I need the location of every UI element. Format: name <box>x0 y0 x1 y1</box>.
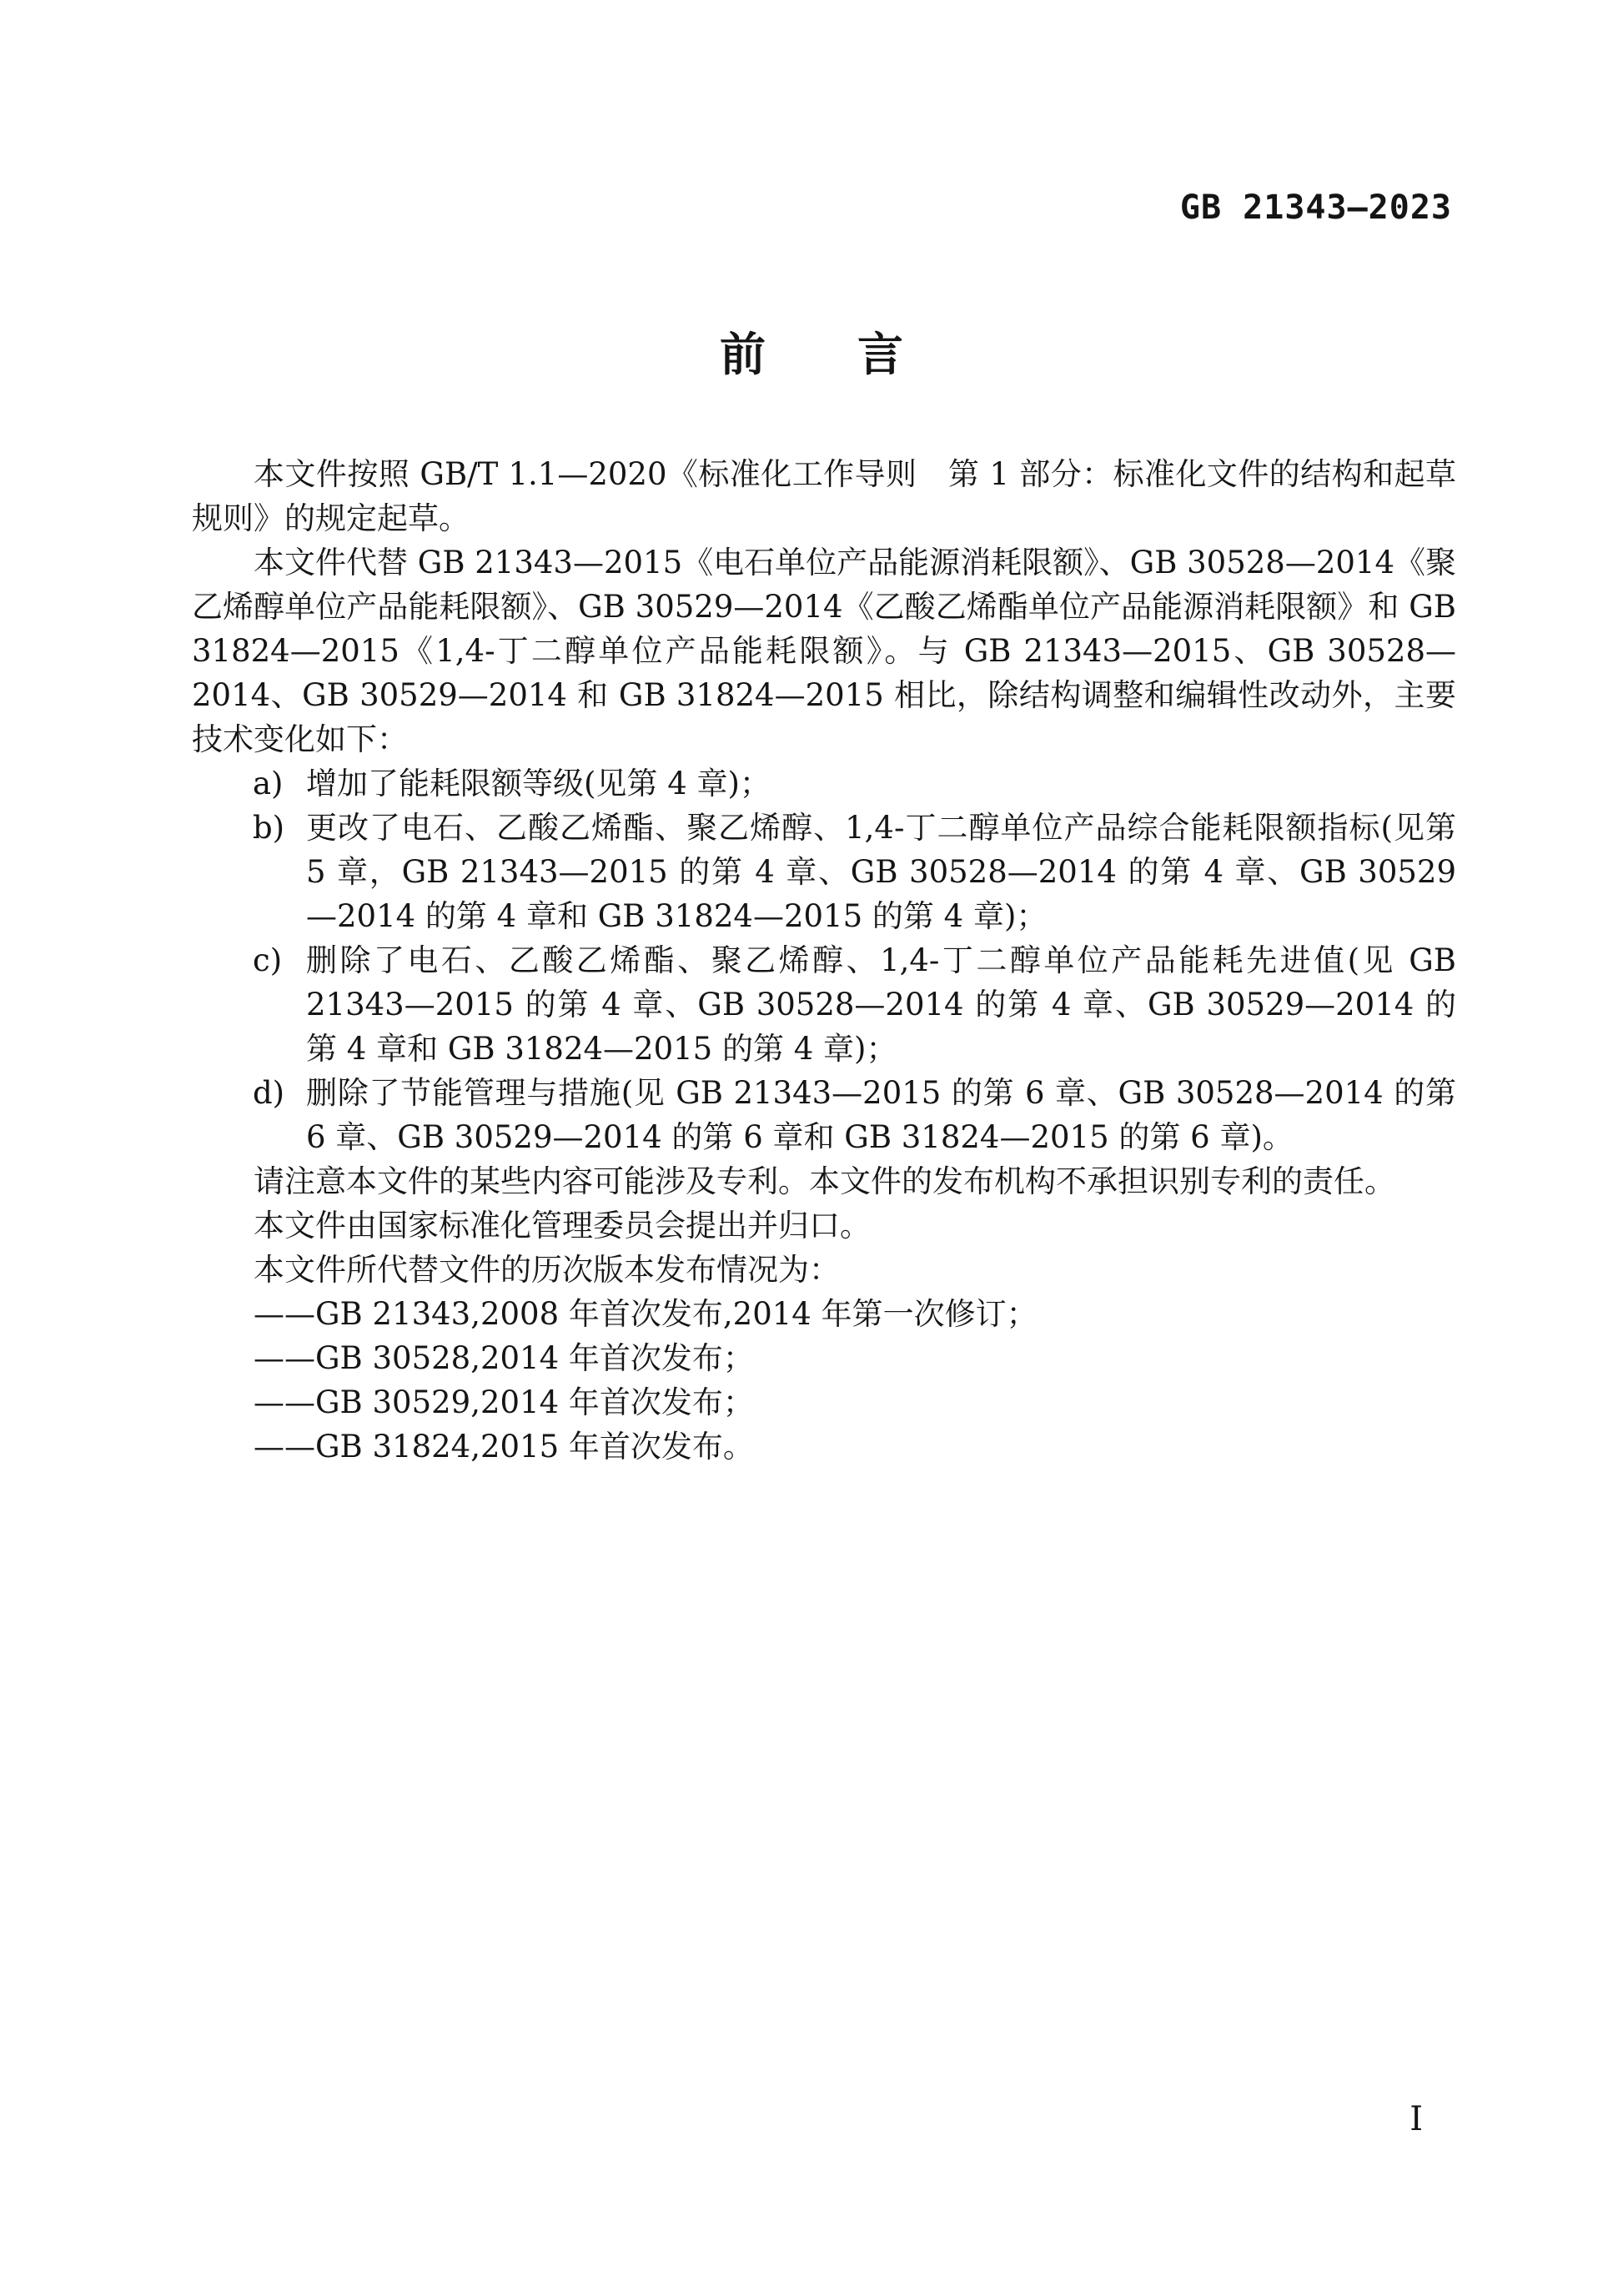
changes-list: a) 增加了能耗限额等级(见第 4 章)； b) 更改了电石、乙酸乙烯酯、聚乙烯… <box>192 761 1456 1159</box>
document-page: GB 21343—2023 前 言 本文件按照 GB/T 1.1—2020《标准… <box>0 0 1623 2296</box>
history-line: ——GB 31824,2015 年首次发布。 <box>192 1424 1456 1469</box>
standard-doc-number: GB 21343—2023 <box>1180 188 1452 227</box>
history-line: ——GB 30528,2014 年首次发布； <box>192 1336 1456 1380</box>
page-number: I <box>1409 2100 1423 2138</box>
list-item-marker: c) <box>253 938 282 982</box>
foreword-content: 本文件按照 GB/T 1.1—2020《标准化工作导则 第 1 部分：标准化文件… <box>192 452 1456 1469</box>
change-list-item: c) 删除了电石、乙酸乙烯酯、聚乙烯醇、1,4-丁二醇单位产品能耗先进值(见 G… <box>192 938 1456 1071</box>
list-item-marker: b) <box>253 806 284 850</box>
patent-notice-paragraph: 请注意本文件的某些内容可能涉及专利。本文件的发布机构不承担识别专利的责任。 <box>192 1159 1456 1203</box>
intro-paragraph: 本文件按照 GB/T 1.1—2020《标准化工作导则 第 1 部分：标准化文件… <box>192 452 1456 540</box>
list-item-text: 删除了电石、乙酸乙烯酯、聚乙烯醇、1,4-丁二醇单位产品能耗先进值(见 GB 2… <box>306 942 1456 1067</box>
change-list-item: d) 删除了节能管理与措施(见 GB 21343—2015 的第 6 章、GB … <box>192 1071 1456 1159</box>
list-item-marker: a) <box>253 761 284 806</box>
list-item-text: 更改了电石、乙酸乙烯酯、聚乙烯醇、1,4-丁二醇单位产品综合能耗限额指标(见第 … <box>306 810 1456 934</box>
change-list-item: a) 增加了能耗限额等级(见第 4 章)； <box>192 761 1456 806</box>
list-item-marker: d) <box>253 1071 284 1115</box>
page-title: 前 言 <box>0 327 1623 382</box>
change-list-item: b) 更改了电石、乙酸乙烯酯、聚乙烯醇、1,4-丁二醇单位产品综合能耗限额指标(… <box>192 806 1456 938</box>
history-intro-paragraph: 本文件所代替文件的历次版本发布情况为： <box>192 1248 1456 1292</box>
intro-paragraph: 本文件代替 GB 21343—2015《电石单位产品能源消耗限额》、GB 305… <box>192 540 1456 761</box>
history-line: ——GB 30529,2014 年首次发布； <box>192 1380 1456 1424</box>
committee-paragraph: 本文件由国家标准化管理委员会提出并归口。 <box>192 1203 1456 1248</box>
list-item-text: 增加了能耗限额等级(见第 4 章)； <box>306 766 771 801</box>
history-line: ——GB 21343,2008 年首次发布,2014 年第一次修订； <box>192 1292 1456 1336</box>
list-item-text: 删除了节能管理与措施(见 GB 21343—2015 的第 6 章、GB 305… <box>306 1075 1456 1155</box>
